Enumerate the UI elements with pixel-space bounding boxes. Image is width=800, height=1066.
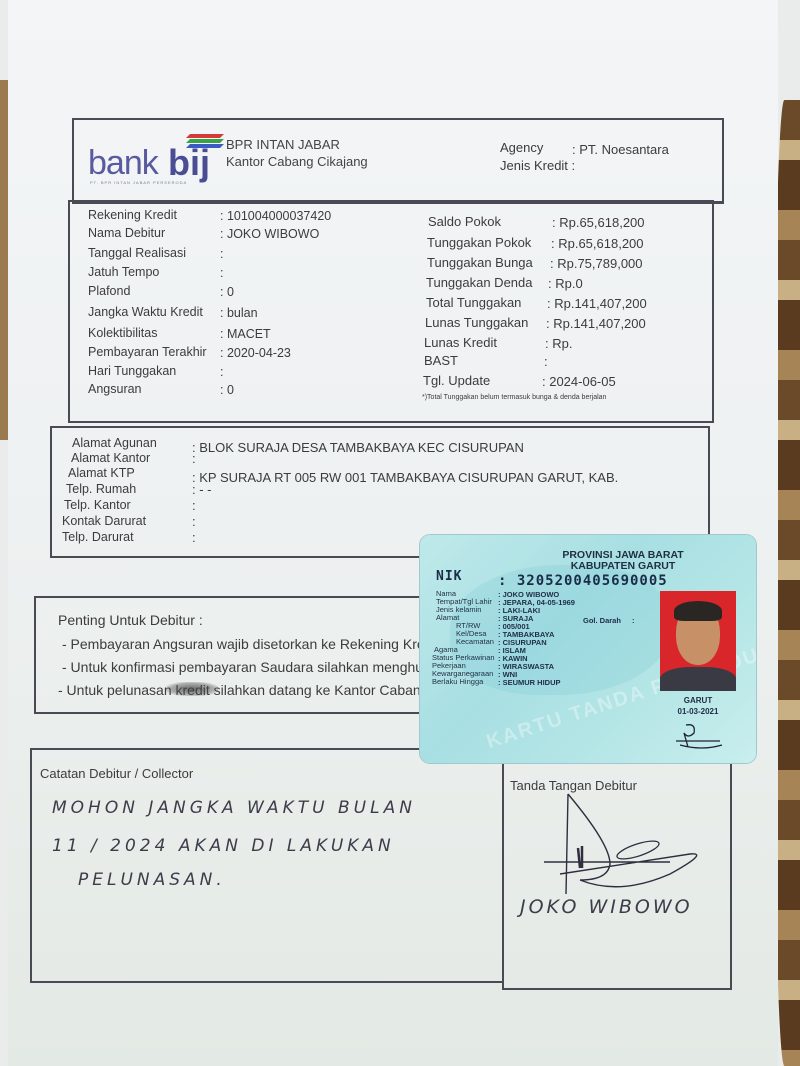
ktp-blood-label: Gol. Darah [583, 616, 621, 625]
bank-identity: BPR INTAN JABAR Kantor Cabang Cikajang [226, 136, 368, 170]
logo-text-bank: bank [88, 144, 158, 183]
ktp-issue-city: GARUT [660, 695, 736, 706]
logo-text-bij: bij [168, 142, 210, 184]
address-field-value: : KP SURAJA RT 005 RW 001 TAMBAKBAYA CIS… [192, 470, 618, 485]
address-field-value: : [192, 514, 196, 529]
ktp-blood-value: : [632, 616, 635, 625]
header-box: bank bij PT. BPR INTAN JABAR PERSERODA B… [72, 118, 724, 204]
address-field-value: : [192, 498, 196, 513]
account-field-label: Angsuran [88, 382, 142, 396]
bank-name: BPR INTAN JABAR [226, 136, 368, 153]
balance-field-value: : Rp.141,407,200 [546, 316, 646, 331]
address-field-value: : BLOK SURAJA DESA TAMBAKBAYA KEC CISURU… [192, 440, 524, 455]
account-field-value: : [220, 247, 223, 261]
balance-field-label: Lunas Kredit [424, 335, 497, 350]
balance-field-label: Lunas Tunggakan [425, 315, 528, 330]
account-field-value: : 0 [220, 383, 234, 397]
account-field-label: Plafond [88, 284, 130, 298]
ktp-field-label: Berlaku Hingga [432, 677, 483, 686]
address-field-label: Telp. Rumah [66, 482, 136, 496]
balance-field-label: Saldo Pokok [428, 214, 501, 229]
account-field-value: : bulan [220, 306, 258, 320]
handwritten-note-line: PELUNASAN. [78, 870, 226, 890]
logo-tagline: PT. BPR INTAN JABAR PERSERODA [90, 180, 187, 185]
balance-field-value: : Rp. [545, 336, 572, 351]
account-field-value: : JOKO WIBOWO [220, 227, 319, 241]
balance-field-value: : Rp.75,789,000 [550, 256, 643, 271]
address-field-label: Telp. Kantor [64, 498, 131, 512]
ktp-nik-label: NIK [436, 569, 462, 584]
handwritten-note-line: MOHON JANGKA WAKTU BULAN [52, 798, 416, 818]
notice-line: - Pembayaran Angsuran wajib disetorkan k… [62, 636, 439, 652]
account-field-value: : [220, 266, 223, 280]
ktp-photo [660, 591, 736, 691]
signature-scribble-icon [520, 784, 720, 894]
signature-name: JOKO WIBOWO [520, 896, 693, 918]
ktp-issue-date: 01-03-2021 [660, 706, 736, 717]
account-field-label: Kolektibilitas [88, 326, 157, 340]
balance-field-label: Total Tunggakan [426, 295, 521, 310]
agency-label: Agency [500, 140, 543, 155]
ktp-issue-info: GARUT 01-03-2021 [660, 695, 736, 717]
address-field-value: : [192, 451, 196, 466]
balance-field-value: : Rp.141,407,200 [547, 296, 647, 311]
account-field-value: : 0 [220, 285, 234, 299]
notice-line: - Untuk pelunasan kredit silahkan datang… [58, 682, 440, 698]
balance-field-label: Tunggakan Denda [426, 275, 533, 290]
account-field-label: Nama Debitur [88, 226, 165, 240]
account-field-value: : 101004000037420 [220, 209, 331, 223]
notice-box: Penting Untuk Debitur : - Pembayaran Ang… [34, 596, 454, 714]
account-field-value: : [220, 365, 223, 379]
ink-smudge [166, 682, 218, 696]
account-field-label: Hari Tunggakan [88, 364, 176, 378]
account-field-label: Jangka Waktu Kredit [88, 305, 203, 319]
balance-field-label: BAST [424, 353, 458, 368]
handwritten-note-line: 11 / 2024 AKAN DI LAKUKAN [52, 836, 395, 856]
account-field-value: : 2020-04-23 [220, 346, 291, 360]
notice-title: Penting Untuk Debitur : [58, 612, 203, 628]
notes-title: Catatan Debitur / Collector [40, 766, 193, 781]
address-field-label: Kontak Darurat [62, 514, 146, 528]
balance-field-label: Tunggakan Bunga [427, 255, 533, 270]
address-field-label: Alamat Agunan [72, 436, 157, 450]
notice-line: - Untuk konfirmasi pembayaran Saudara si… [62, 659, 439, 675]
ktp-id-card: KARTU TANDA PENDUDUK PROVINSI JAWA BARAT… [420, 535, 756, 763]
address-field-value: : - - [192, 482, 212, 497]
account-field-label: Rekening Kredit [88, 208, 177, 222]
ktp-regency: KABUPATEN GARUT [420, 560, 756, 572]
balance-field-value: : Rp.0 [548, 276, 583, 291]
notes-box: Catatan Debitur / Collector MOHON JANGKA… [30, 748, 504, 983]
balance-field-value: : Rp.65,618,200 [552, 215, 645, 230]
ktp-signature-icon [672, 723, 732, 753]
branch-name: Kantor Cabang Cikajang [226, 153, 368, 170]
signature-box: Tanda Tangan Debitur JOKO WIBOWO [502, 762, 732, 990]
balance-field-value: : Rp.65,618,200 [551, 236, 644, 251]
address-field-label: Alamat KTP [68, 466, 135, 480]
balance-field-value: : [544, 354, 548, 369]
account-field-label: Tanggal Realisasi [88, 246, 186, 260]
account-field-value: : MACET [220, 327, 271, 341]
agency-value: : PT. Noesantara [572, 142, 669, 157]
balance-footnote: *)Total Tunggakan belum termasuk bunga &… [422, 394, 606, 401]
ktp-field-label: Kecamatan [456, 637, 494, 646]
jenis-kredit-label: Jenis Kredit : [500, 158, 575, 173]
balance-field-value: : 2024-06-05 [542, 374, 616, 389]
ktp-nik-value: : 3205200405690005 [498, 573, 668, 589]
balance-field-label: Tunggakan Pokok [427, 235, 531, 250]
balance-field-label: Tgl. Update [423, 373, 490, 388]
address-field-label: Telp. Darurat [62, 530, 134, 544]
ktp-field-value: : SEUMUR HIDUP [498, 678, 561, 687]
account-field-label: Pembayaran Terakhir [88, 345, 207, 359]
account-field-label: Jatuh Tempo [88, 265, 159, 279]
account-info-box: Rekening Kredit: 101004000037420Nama Deb… [68, 200, 714, 423]
address-field-value: : [192, 530, 196, 545]
bank-logo: bank bij PT. BPR INTAN JABAR PERSERODA [88, 134, 218, 184]
address-field-label: Alamat Kantor [71, 451, 150, 465]
